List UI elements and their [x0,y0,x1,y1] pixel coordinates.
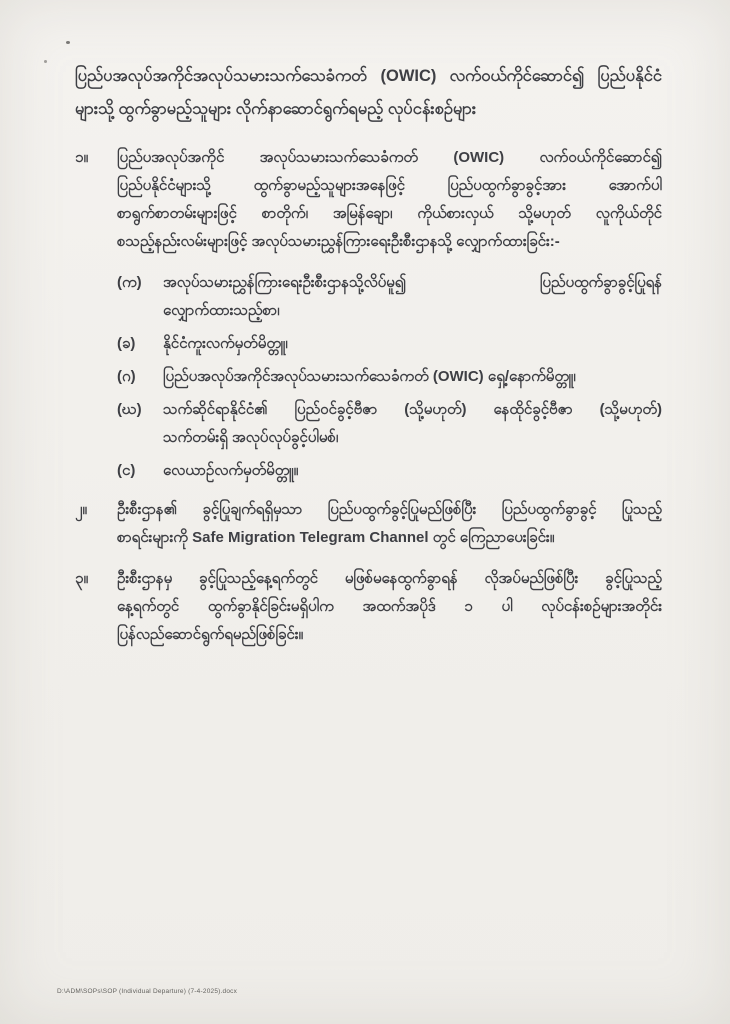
paragraph-number: ၃။ [75,565,117,593]
list-item-label: (ခ) [117,330,163,358]
paragraph-text: ပြည်ပအလုပ်အကိုင် အလုပ်သမားသက်သေခံကတ် (OW… [117,144,662,256]
paragraph-text: ဦးစီးဌာနမှ ခွင့်ပြုသည့်နေ့ရက်တွင် မဖြစ်မ… [117,565,662,649]
paragraph-line: စသည့်နည်းလမ်းများဖြင့် အလုပ်သမားညွှန်ကြာ… [117,228,662,256]
list-item-line: လျှောက်ထားသည့်စာ၊ [163,297,662,325]
list-item-text: အလုပ်သမားညွှန်ကြားရေးဦးစီးဌာနသို့လိပ်မူ၍… [163,269,662,325]
scan-speck [66,41,70,44]
list-item-gha: (ဃ) သက်ဆိုင်ရာနိုင်ငံ၏ ပြည်ဝင်ခွင့်ဗီဇာ … [117,396,662,452]
list-item-label: (ဂ) [117,363,163,391]
list-item-line: ပြည်ပအလုပ်အကိုင်အလုပ်သမားသက်သေခံကတ် (OWI… [163,363,662,391]
scan-speck [44,60,47,63]
list-item-line: လေယာဉ်လက်မှတ်မိတ္တူ။ [163,457,662,485]
paragraph-3: ၃။ ဦးစီးဌာနမှ ခွင့်ပြုသည့်နေ့ရက်တွင် မဖြ… [75,565,662,649]
list-item-label: (ဃ) [117,396,163,424]
list-item-label: (င) [117,457,163,485]
paragraph-line: နေ့ရက်တွင် ထွက်ခွာနိုင်ခြင်းမရှိပါက အထက်… [117,593,662,621]
list-item-label: (က) [117,269,163,297]
document-footer: D:\ADM\SOPs\SOP (Individual Departure) (… [57,981,307,999]
paragraph-line: ဦးစီးဌာန၏ ခွင့်ပြုချက်ရရှိမှသာ ပြည်ပထွက်… [117,496,662,524]
paragraph-2: ၂။ ဦးစီးဌာန၏ ခွင့်ပြုချက်ရရှိမှသာ ပြည်ပထ… [75,496,662,552]
paragraph-line: ပြည်ပနိုင်ငံများသို့ ထွက်ခွာမည့်သူများအန… [117,172,662,200]
list-item-ka: (က) အလုပ်သမားညွှန်ကြားရေးဦးစီးဌာနသို့လိပ… [117,269,662,325]
list-item-line: သက်ဆိုင်ရာနိုင်ငံ၏ ပြည်ဝင်ခွင့်ဗီဇာ (သို… [163,396,662,424]
paragraph-1-subitems: (က) အလုပ်သမားညွှန်ကြားရေးဦးစီးဌာနသို့လိပ… [117,269,662,485]
document-title: ပြည်ပအလုပ်အကိုင်အလုပ်သမားသက်သေခံကတ် (OWI… [75,60,662,126]
paragraph-line: စာရင်းများကို Safe Migration Telegram Ch… [117,524,662,552]
list-item-text: သက်ဆိုင်ရာနိုင်ငံ၏ ပြည်ဝင်ခွင့်ဗီဇာ (သို… [163,396,662,452]
paragraph-text: ဦးစီးဌာန၏ ခွင့်ပြုချက်ရရှိမှသာ ပြည်ပထွက်… [117,496,662,552]
document-content: ပြည်ပအလုပ်အကိုင်အလုပ်သမားသက်သေခံကတ် (OWI… [75,60,662,662]
scanned-document-page: ပြည်ပအလုပ်အကိုင်အလုပ်သမားသက်သေခံကတ် (OWI… [0,0,730,1024]
list-item-line: နိုင်ငံကူးလက်မှတ်မိတ္တူ၊ [163,330,662,358]
list-item-text: ပြည်ပအလုပ်အကိုင်အလုပ်သမားသက်သေခံကတ် (OWI… [163,363,662,391]
list-item-kha: (ခ) နိုင်ငံကူးလက်မှတ်မိတ္တူ၊ [117,330,662,358]
list-item-nga: (င) လေယာဉ်လက်မှတ်မိတ္တူ။ [117,457,662,485]
list-item-line: အလုပ်သမားညွှန်ကြားရေးဦးစီးဌာနသို့လိပ်မူ၍… [163,269,662,297]
paragraph-line: ဦးစီးဌာနမှ ခွင့်ပြုသည့်နေ့ရက်တွင် မဖြစ်မ… [117,565,662,593]
paragraph-line: ပြည်ပအလုပ်အကိုင် အလုပ်သမားသက်သေခံကတ် (OW… [117,144,662,172]
title-line: ပြည်ပအလုပ်အကိုင်အလုပ်သမားသက်သေခံကတ် (OWI… [75,60,662,93]
list-item-line: သက်တမ်းရှိ အလုပ်လုပ်ခွင့်ပါမစ်၊ [163,424,662,452]
list-item-text: လေယာဉ်လက်မှတ်မိတ္တူ။ [163,457,662,485]
list-item-ga: (ဂ) ပြည်ပအလုပ်အကိုင်အလုပ်သမားသက်သေခံကတ် … [117,363,662,391]
paragraph-number: ၂။ [75,496,117,524]
file-path-text: D:\ADM\SOPs\SOP (Individual Departure) (… [57,987,237,994]
title-line: များသို့ ထွက်ခွာမည့်သူများ လိုက်နာဆောင်ရ… [75,93,662,126]
paragraph-number: ၁။ [75,144,117,172]
paragraph-line: စာရွက်စာတမ်းများဖြင့် စာတိုက်၊ အမြန်ချော… [117,200,662,228]
list-item-text: နိုင်ငံကူးလက်မှတ်မိတ္တူ၊ [163,330,662,358]
paragraph-line: ပြန်လည်ဆောင်ရွက်ရမည်ဖြစ်ခြင်း။ [117,621,662,649]
paragraph-1: ၁။ ပြည်ပအလုပ်အကိုင် အလုပ်သမားသက်သေခံကတ် … [75,144,662,256]
